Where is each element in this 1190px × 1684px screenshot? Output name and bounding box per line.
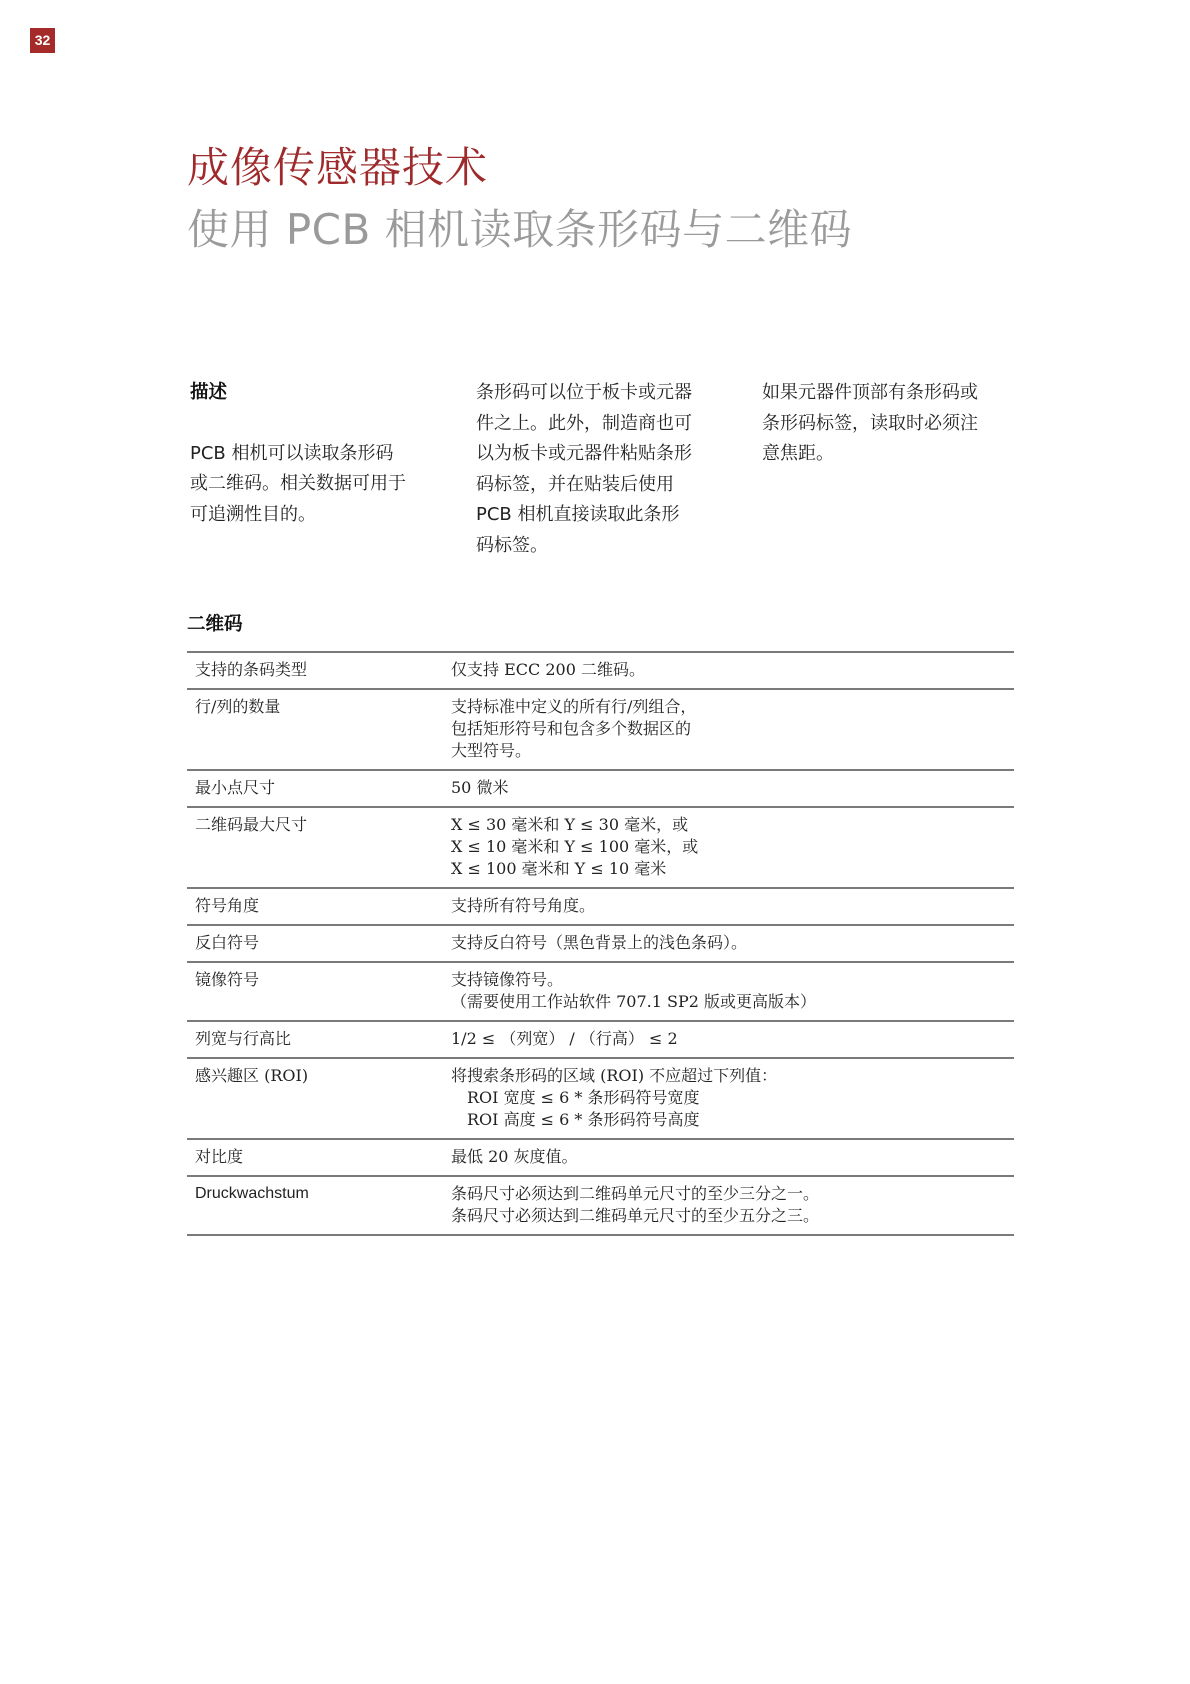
description-heading: 描述 [190,378,440,409]
description-column-3: 如果元器件顶部有条形码或 条形码标签，读取时必须注 意焦距。 [762,378,1012,470]
value-line: 仅支持 ECC 200 二维码。 [451,659,1006,681]
row-label: 二维码最大尺寸 [187,807,443,888]
row-value: 最低 20 灰度值。 [443,1139,1014,1176]
table-row: 列宽与行高比 1/2 ≤ （列宽） / （行高） ≤ 2 [187,1021,1014,1058]
value-line: X ≤ 30 毫米和 Y ≤ 30 毫米，或 [451,814,1006,836]
value-line: 支持镜像符号。 [451,969,1006,991]
row-value: 支持所有符号角度。 [443,888,1014,925]
value-line: 将搜索条形码的区域 (ROI) 不应超过下列值： [451,1065,1006,1087]
row-label: 镜像符号 [187,962,443,1021]
value-line: 支持所有符号角度。 [451,895,1006,917]
row-label: 支持的条码类型 [187,652,443,689]
value-line: 50 微米 [451,777,1006,799]
table-row: 符号角度 支持所有符号角度。 [187,888,1014,925]
text-line: 可追溯性目的。 [190,500,440,531]
datamatrix-spec-table: 支持的条码类型 仅支持 ECC 200 二维码。 行/列的数量 支持标准中定义的… [187,651,1014,1236]
text-line: 件之上。此外，制造商也可 [476,409,726,440]
value-line: （需要使用工作站软件 707.1 SP2 版或更高版本） [451,991,1006,1013]
value-line: ROI 高度 ≤ 6 * 条形码符号高度 [451,1109,1006,1131]
table-row: 对比度 最低 20 灰度值。 [187,1139,1014,1176]
table-row: 镜像符号 支持镜像符号。 （需要使用工作站软件 707.1 SP2 版或更高版本… [187,962,1014,1021]
text-line: 条形码标签，读取时必须注 [762,409,1012,440]
row-value: 条码尺寸必须达到二维码单元尺寸的至少三分之一。 条码尺寸必须达到二维码单元尺寸的… [443,1176,1014,1235]
row-label: 行/列的数量 [187,689,443,770]
text-line: 码标签。 [476,531,726,562]
table-row: 二维码最大尺寸 X ≤ 30 毫米和 Y ≤ 30 毫米，或 X ≤ 10 毫米… [187,807,1014,888]
value-line: X ≤ 100 毫米和 Y ≤ 10 毫米 [451,858,1006,880]
row-value: 支持镜像符号。 （需要使用工作站软件 707.1 SP2 版或更高版本） [443,962,1014,1021]
page-subtitle: 使用 PCB 相机读取条形码与二维码 [187,202,852,258]
row-value: X ≤ 30 毫米和 Y ≤ 30 毫米，或 X ≤ 10 毫米和 Y ≤ 10… [443,807,1014,888]
row-label: Druckwachstum [187,1176,443,1235]
text-line: PCB 相机可以读取条形码 [190,439,440,470]
text-line: 条形码可以位于板卡或元器 [476,378,726,409]
row-label: 对比度 [187,1139,443,1176]
value-line: 包括矩形符号和包含多个数据区的 [451,718,1006,740]
table-row: 最小点尺寸 50 微米 [187,770,1014,807]
section-title-datamatrix: 二维码 [187,610,243,636]
value-line: 大型符号。 [451,740,1006,762]
value-line: 条码尺寸必须达到二维码单元尺寸的至少五分之三。 [451,1205,1006,1227]
text-line: 或二维码。相关数据可用于 [190,469,440,500]
table-row: 行/列的数量 支持标准中定义的所有行/列组合， 包括矩形符号和包含多个数据区的 … [187,689,1014,770]
table-row: 支持的条码类型 仅支持 ECC 200 二维码。 [187,652,1014,689]
row-value: 仅支持 ECC 200 二维码。 [443,652,1014,689]
row-label: 反白符号 [187,925,443,962]
value-line: 最低 20 灰度值。 [451,1146,1006,1168]
value-line: ROI 宽度 ≤ 6 * 条形码符号宽度 [451,1087,1006,1109]
row-label: 感兴趣区 (ROI) [187,1058,443,1139]
row-value: 将搜索条形码的区域 (ROI) 不应超过下列值： ROI 宽度 ≤ 6 * 条形… [443,1058,1014,1139]
description-column-1: 描述 PCB 相机可以读取条形码 或二维码。相关数据可用于 可追溯性目的。 [190,378,440,530]
value-line: X ≤ 10 毫米和 Y ≤ 100 毫米，或 [451,836,1006,858]
value-line: 1/2 ≤ （列宽） / （行高） ≤ 2 [451,1028,1006,1050]
table-row: Druckwachstum 条码尺寸必须达到二维码单元尺寸的至少三分之一。 条码… [187,1176,1014,1235]
page-number-badge: 32 [30,28,55,53]
text-line: 以为板卡或元器件粘贴条形 [476,439,726,470]
row-label: 最小点尺寸 [187,770,443,807]
row-value: 支持标准中定义的所有行/列组合， 包括矩形符号和包含多个数据区的 大型符号。 [443,689,1014,770]
value-line: 支持标准中定义的所有行/列组合， [451,696,1006,718]
row-value: 1/2 ≤ （列宽） / （行高） ≤ 2 [443,1021,1014,1058]
page-title: 成像传感器技术 [187,140,488,196]
description-column-2: 条形码可以位于板卡或元器 件之上。此外，制造商也可 以为板卡或元器件粘贴条形 码… [476,378,726,561]
value-line: 支持反白符号（黑色背景上的浅色条码）。 [451,932,1006,954]
row-value: 支持反白符号（黑色背景上的浅色条码）。 [443,925,1014,962]
value-line: 条码尺寸必须达到二维码单元尺寸的至少三分之一。 [451,1183,1006,1205]
row-label: 符号角度 [187,888,443,925]
row-label: 列宽与行高比 [187,1021,443,1058]
table-row: 反白符号 支持反白符号（黑色背景上的浅色条码）。 [187,925,1014,962]
text-line: 码标签，并在贴装后使用 [476,470,726,501]
table-row: 感兴趣区 (ROI) 将搜索条形码的区域 (ROI) 不应超过下列值： ROI … [187,1058,1014,1139]
text-line: 如果元器件顶部有条形码或 [762,378,1012,409]
row-value: 50 微米 [443,770,1014,807]
text-line: PCB 相机直接读取此条形 [476,500,726,531]
text-line: 意焦距。 [762,439,1012,470]
